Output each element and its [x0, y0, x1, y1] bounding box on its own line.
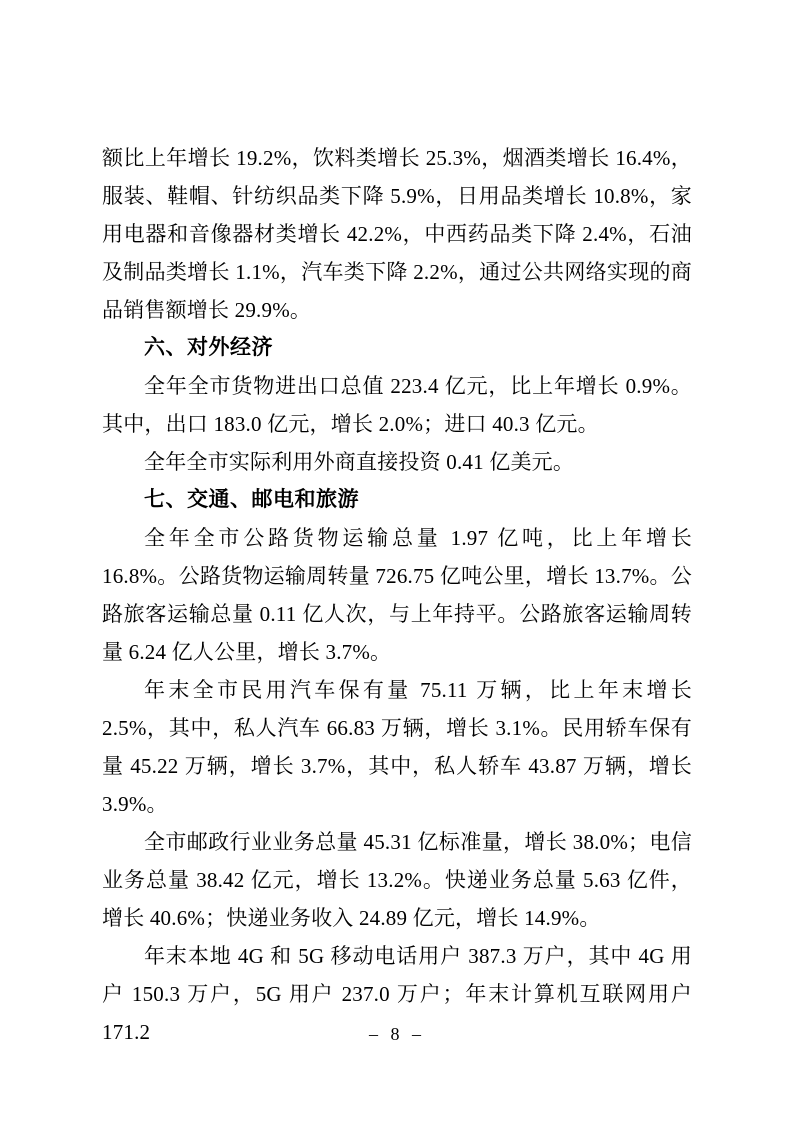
section-heading-transport-post-tourism: 七、交通、邮电和旅游: [102, 481, 692, 519]
document-body: 额比上年增长 19.2%，饮料类增长 25.3%，烟酒类增长 16.4%，服装、…: [102, 139, 692, 1051]
document-page: 额比上年增长 19.2%，饮料类增长 25.3%，烟酒类增长 16.4%，服装、…: [0, 0, 794, 1123]
page-footer: – 8 –: [0, 1022, 794, 1046]
section-heading-foreign-economy: 六、对外经济: [102, 329, 692, 367]
page-number: – 8 –: [369, 1024, 425, 1044]
paragraph-civil-vehicles: 年末全市民用汽车保有量 75.11 万辆，比上年末增长 2.5%，其中，私人汽车…: [102, 671, 692, 823]
paragraph-road-transport: 全年全市公路货物运输总量 1.97 亿吨，比上年增长 16.8%。公路货物运输周…: [102, 519, 692, 671]
paragraph-import-export: 全年全市货物进出口总值 223.4 亿元，比上年增长 0.9%。其中，出口 18…: [102, 367, 692, 443]
paragraph-foreign-investment: 全年全市实际利用外商直接投资 0.41 亿美元。: [102, 443, 692, 481]
paragraph-retail-growth-continued: 额比上年增长 19.2%，饮料类增长 25.3%，烟酒类增长 16.4%，服装、…: [102, 139, 692, 329]
paragraph-postal-telecom: 全市邮政行业业务总量 45.31 亿标准量，增长 38.0%；电信业务总量 38…: [102, 823, 692, 937]
